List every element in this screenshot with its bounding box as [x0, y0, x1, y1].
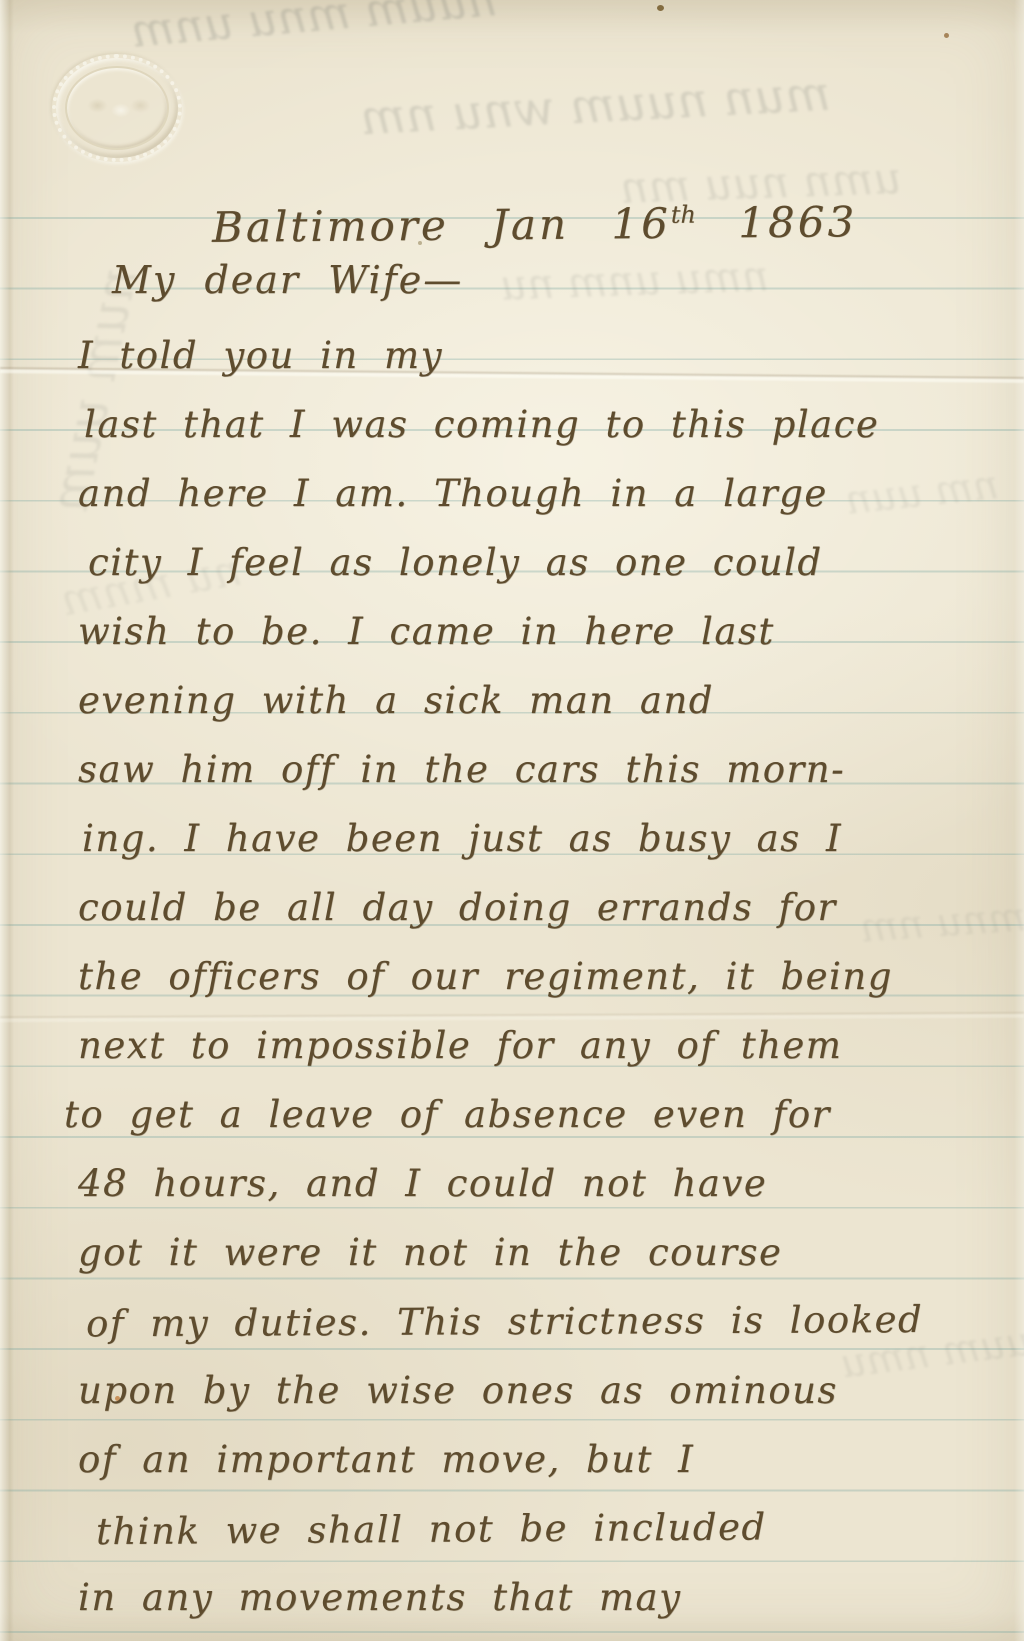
heading-date-suffix: th: [671, 201, 696, 229]
letter-line: ing. I have been just as busy as I: [82, 804, 994, 873]
paper-left-edge: [0, 0, 14, 1641]
heading-date: Jan 16: [491, 199, 671, 250]
ink-speck: [944, 33, 949, 38]
letter-line: last that I was coming to this place: [84, 390, 994, 459]
ink-bleedthrough: nmu unm nu: [499, 251, 769, 309]
letter-line: could be all day doing errands for: [78, 873, 994, 942]
ink-bleedthrough: mun nuum wnu nm: [359, 66, 832, 147]
letter-page: nuum mnu unm mun nuum wnu nm umn nuu mn …: [0, 0, 1024, 1641]
ink-speck: [657, 5, 664, 11]
letter-line: evening with a sick man and: [78, 666, 994, 735]
letter-line: of my duties. This strictness is looked: [86, 1285, 994, 1359]
letter-line: I told you in my: [78, 321, 994, 390]
letter-line: the officers of our regiment, it being: [78, 942, 994, 1011]
heading-place: Baltimore: [212, 201, 449, 252]
embossed-seal: [52, 54, 182, 162]
paper-right-edge: [1014, 0, 1024, 1641]
letter-line: think we shall not be included: [96, 1491, 994, 1566]
ink-bleedthrough: nuum mnu unm: [128, 0, 499, 58]
letter-line: wish to be. I came in here last: [78, 597, 994, 666]
letter-line: of an important move, but I: [78, 1425, 994, 1494]
letter-body: I told you in my last that I was coming …: [78, 321, 994, 1632]
letter-line: to get a leave of absence even for: [64, 1080, 994, 1149]
letter-line: in any movements that may: [78, 1563, 994, 1632]
letter-line: and here I am. Though in a large: [78, 459, 994, 528]
heading-year: 1863: [738, 197, 857, 247]
letter-line: saw him off in the cars this morn-: [78, 735, 994, 804]
letter-line: next to impossible for any of them: [78, 1011, 994, 1080]
letter-line: got it were it not in the course: [78, 1218, 994, 1287]
letter-line: city I feel as lonely as one could: [88, 528, 994, 597]
letter-line: upon by the wise ones as ominous: [78, 1356, 994, 1425]
letter-salutation: My dear Wife—: [112, 250, 463, 310]
letter-heading: Baltimore Jan 16th 1863: [212, 183, 858, 258]
letter-line: 48 hours, and I could not have: [78, 1149, 994, 1218]
